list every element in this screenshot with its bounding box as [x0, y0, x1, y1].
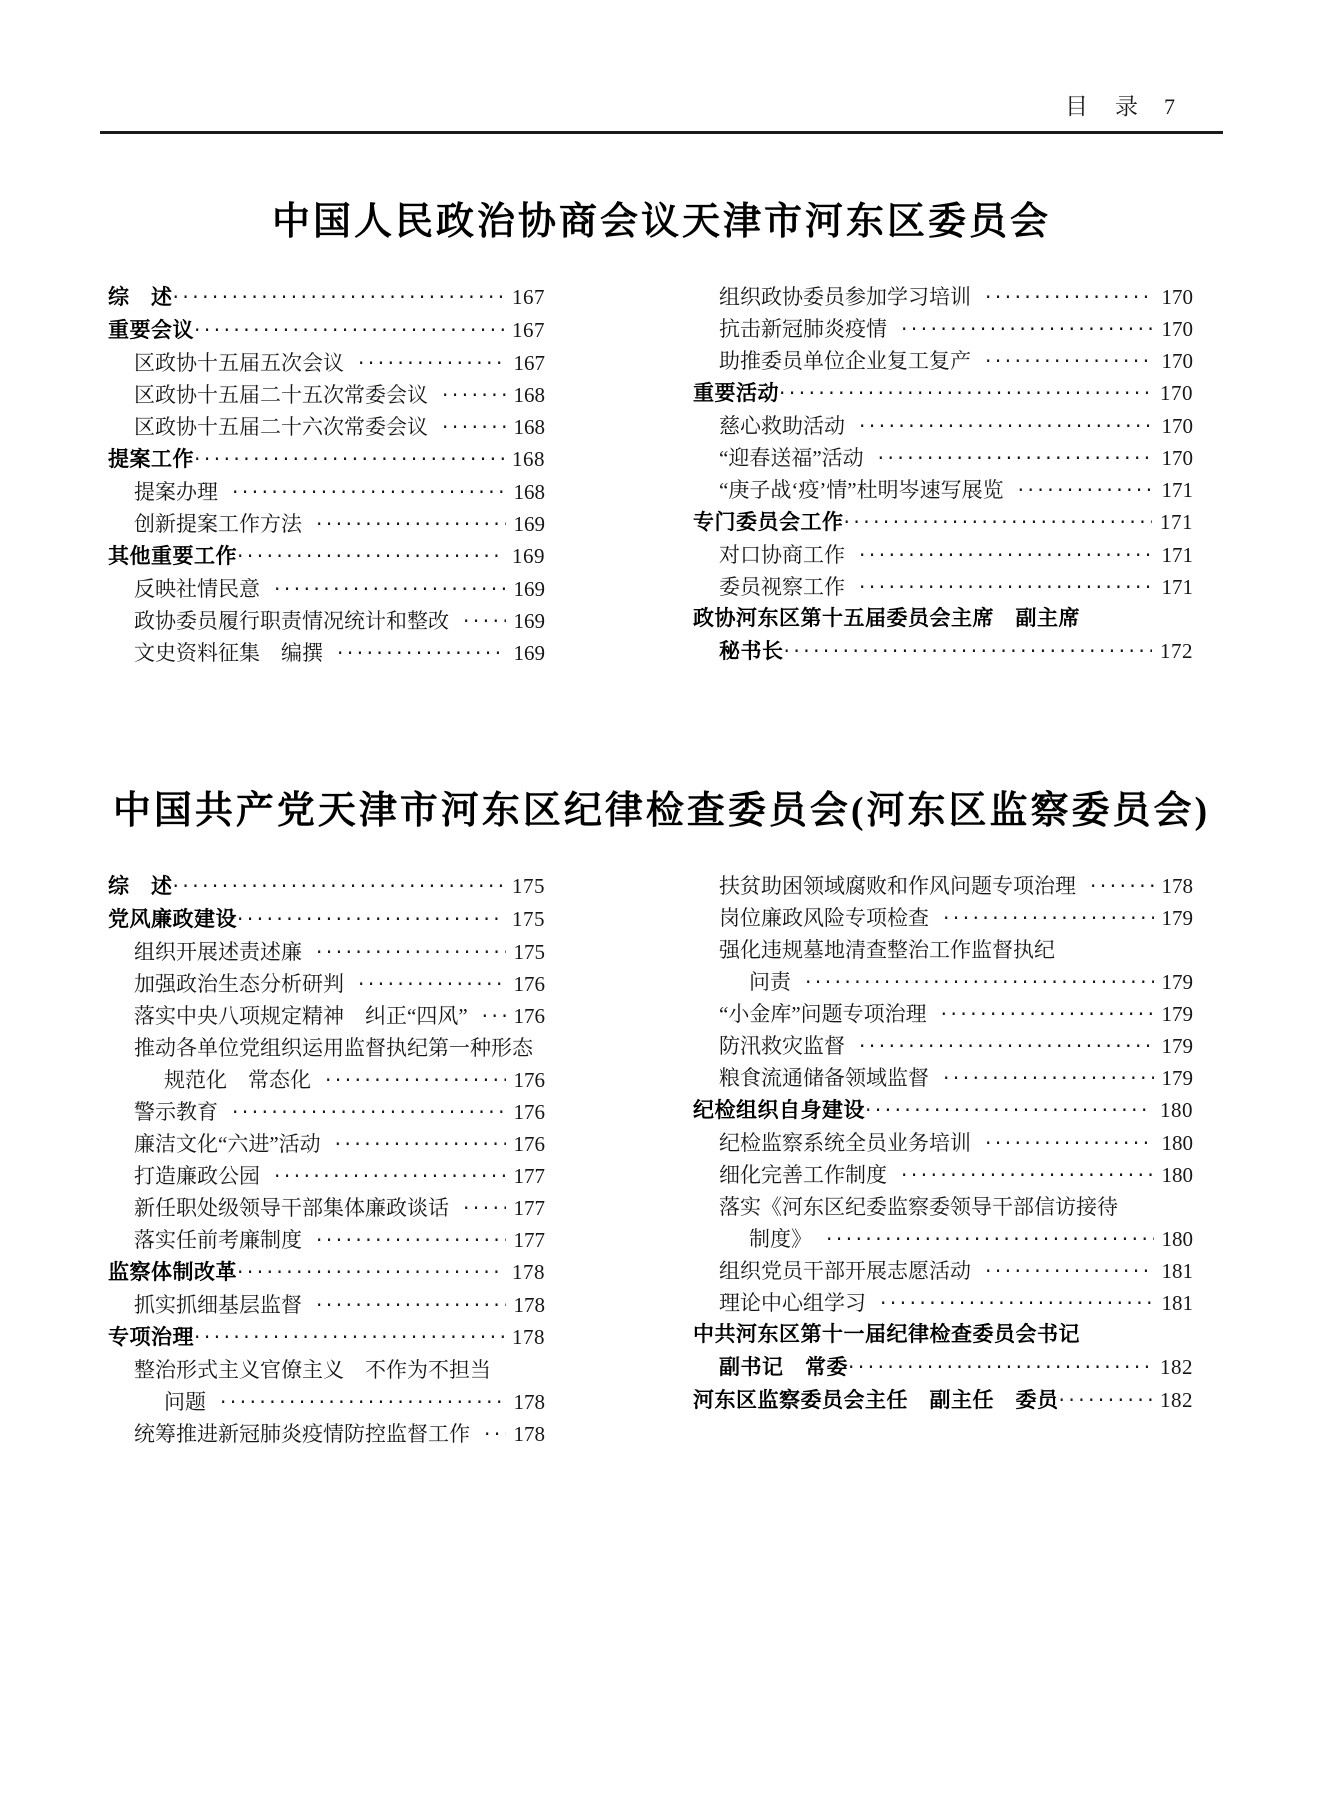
- toc-entry-title: 理论中心组学习: [719, 1287, 866, 1319]
- dot-leader: [859, 539, 1154, 571]
- toc-entry-page: 180: [1162, 1159, 1194, 1191]
- toc-entry-title: 抓实抓细基层监督: [134, 1289, 302, 1321]
- toc-entry: 提案工作168: [108, 443, 545, 476]
- toc-entry-title: 重要会议: [108, 315, 194, 347]
- toc-entry-page: 182: [1160, 1384, 1193, 1416]
- toc-entry-title: 统筹推进新冠肺炎疫情防控监督工作: [134, 1418, 470, 1450]
- dot-leader: [194, 314, 504, 346]
- dot-leader: [943, 902, 1154, 934]
- toc-entry-page: 170: [1162, 345, 1194, 377]
- toc-entry: 综 述175: [108, 870, 545, 903]
- toc-entry-page: 170: [1162, 313, 1194, 345]
- dot-leader: [901, 313, 1154, 345]
- toc-entry: 专门委员会工作171: [693, 506, 1193, 539]
- toc-entry-page: 179: [1162, 902, 1194, 934]
- toc-entry-title: 反映社情民意: [134, 573, 260, 605]
- toc-entry: 助推委员单位企业复工复产170: [693, 345, 1193, 377]
- toc-entry-page: 169: [514, 573, 546, 605]
- toc-entry: 监察体制改革178: [108, 1256, 545, 1289]
- toc-columns: 综 述167重要会议167区政协十五届五次会议167区政协十五届二十五次常委会议…: [100, 281, 1223, 669]
- dot-leader: [784, 635, 1153, 667]
- dot-leader: [844, 506, 1153, 538]
- toc-entry-page: 171: [1160, 506, 1193, 538]
- toc-entry: 警示教育176: [108, 1096, 545, 1128]
- toc-entry: 组织党员干部开展志愿活动181: [693, 1255, 1193, 1287]
- toc-entry-page: 179: [1162, 998, 1194, 1030]
- toc-entry-title: 区政协十五届五次会议: [134, 347, 344, 379]
- toc-entry: 抓实抓细基层监督178: [108, 1289, 545, 1321]
- dot-leader: [985, 1127, 1154, 1159]
- toc-entry: 政协河东区第十五届委员会主席 副主席: [693, 603, 1193, 635]
- toc-entry: 抗击新冠肺炎疫情170: [693, 313, 1193, 345]
- toc-entry-page: 177: [514, 1192, 546, 1224]
- toc-entry-title: 问责: [749, 966, 791, 998]
- toc-entry-page: 178: [512, 1256, 545, 1288]
- dot-leader: [463, 1192, 506, 1224]
- toc-entry-page: 171: [1162, 474, 1194, 506]
- toc-entry: 扶贫助困领域腐败和作风问题专项治理178: [693, 870, 1193, 902]
- dot-leader: [482, 1000, 506, 1032]
- toc-entry-title: 秘书长: [719, 636, 784, 668]
- toc-entry-page: 169: [514, 508, 546, 540]
- toc-entry-page: 169: [514, 605, 546, 637]
- dot-leader: [880, 1287, 1154, 1319]
- toc-entry: 落实任前考廉制度177: [108, 1224, 545, 1256]
- toc-entry: 制度》180: [693, 1223, 1193, 1255]
- header-rule: [100, 131, 1223, 134]
- dot-leader: [985, 281, 1154, 313]
- dot-leader: [194, 443, 504, 475]
- toc-entry-page: 168: [514, 476, 546, 508]
- toc-columns: 综 述175党风廉政建设175组织开展述责述廉175加强政治生态分析研判176落…: [100, 870, 1223, 1450]
- toc-entry: 落实中央八项规定精神 纠正“四风”176: [108, 1000, 545, 1032]
- toc-entry: 其他重要工作169: [108, 540, 545, 573]
- dot-leader: [859, 410, 1154, 442]
- header-page-number: 7: [1164, 94, 1175, 119]
- toc-entry-title: 党风廉政建设: [108, 904, 237, 936]
- toc-entry: 细化完善工作制度180: [693, 1159, 1193, 1191]
- toc-entry-title: “庚子战‘疫’情”杜明岑速写展览: [719, 474, 1004, 506]
- toc-entry-title: 副书记 常委: [719, 1352, 848, 1384]
- toc-entry-page: 168: [512, 443, 545, 475]
- toc-entry-page: 181: [1162, 1255, 1194, 1287]
- dot-leader: [274, 1160, 506, 1192]
- toc-entry-title: 委员视察工作: [719, 571, 845, 603]
- toc-entry-page: 180: [1162, 1223, 1194, 1255]
- toc-entry-page: 176: [514, 1096, 546, 1128]
- toc-entry-title: 区政协十五届二十五次常委会议: [134, 379, 428, 411]
- toc-entry-page: 169: [512, 540, 545, 572]
- toc-entry-title: 河东区监察委员会主任 副主任 委员: [693, 1385, 1059, 1417]
- toc-entry-page: 178: [514, 1386, 546, 1418]
- toc-entry-title: 加强政治生态分析研判: [134, 968, 344, 1000]
- toc-entry: “庚子战‘疫’情”杜明岑速写展览171: [693, 474, 1193, 506]
- toc-entry: 提案办理168: [108, 476, 545, 508]
- toc-entry-page: 175: [514, 936, 546, 968]
- toc-entry: 组织政协委员参加学习培训170: [693, 281, 1193, 313]
- toc-entry-title: 新任职处级领导干部集体廉政谈话: [134, 1192, 449, 1224]
- toc-entry-page: 181: [1162, 1287, 1194, 1319]
- toc-entry: 纪检监察系统全员业务培训180: [693, 1127, 1193, 1159]
- toc-entry-page: 179: [1162, 966, 1194, 998]
- toc-entry-page: 170: [1162, 442, 1194, 474]
- page-header: 目 录7: [100, 0, 1223, 121]
- toc-entry-page: 175: [512, 870, 545, 902]
- toc-entry-title: 其他重要工作: [108, 541, 237, 573]
- toc-entry-title: 问题: [164, 1386, 206, 1418]
- dot-leader: [335, 1128, 506, 1160]
- toc-entry-title: 强化违规墓地清查整治工作监督执纪: [719, 934, 1055, 966]
- section-title: 中国人民政治协商会议天津市河东区委员会: [100, 190, 1223, 245]
- dot-leader: [985, 345, 1154, 377]
- toc-entry-title: 区政协十五届二十六次常委会议: [134, 411, 428, 443]
- toc-entry-title: 整治形式主义官僚主义 不作为不担当: [134, 1354, 491, 1386]
- toc-column-left: 综 述167重要会议167区政协十五届五次会议167区政协十五届二十五次常委会议…: [108, 281, 545, 669]
- dot-leader: [826, 1223, 1154, 1255]
- toc-entry-page: 179: [1162, 1062, 1194, 1094]
- toc-entry-page: 178: [514, 1418, 546, 1450]
- toc-entry: 区政协十五届二十六次常委会议168: [108, 411, 545, 443]
- section-discipline-commission: 中国共产党天津市河东区纪律检查委员会(河东区监察委员会) 综 述175党风廉政建…: [100, 779, 1223, 1450]
- toc-entry-title: 岗位廉政风险专项检查: [719, 902, 929, 934]
- toc-entry: 对口协商工作171: [693, 539, 1193, 571]
- toc-entry-title: 中共河东区第十一届纪律检查委员会书记: [693, 1319, 1080, 1351]
- dot-leader: [220, 1386, 506, 1418]
- toc-entry-title: 制度》: [749, 1223, 812, 1255]
- toc-entry-page: 180: [1160, 1094, 1193, 1126]
- dot-leader: [442, 411, 506, 443]
- toc-entry: 党风廉政建设175: [108, 903, 545, 936]
- document-page: 目 录7 中国人民政治协商会议天津市河东区委员会 综 述167重要会议167区政…: [0, 0, 1323, 1795]
- toc-entry: 综 述167: [108, 281, 545, 314]
- dot-leader: [484, 1418, 506, 1450]
- toc-entry-title: “小金库”问题专项治理: [719, 998, 927, 1030]
- toc-entry-title: 抗击新冠肺炎疫情: [719, 313, 887, 345]
- header-title: 目 录: [1065, 94, 1140, 119]
- toc-entry-title: 规范化 常态化: [164, 1064, 311, 1096]
- toc-entry: 秘书长172: [693, 635, 1193, 668]
- toc-entry-page: 176: [514, 968, 546, 1000]
- toc-entry: 强化违规墓地清查整治工作监督执纪: [693, 934, 1193, 966]
- toc-entry: 专项治理178: [108, 1321, 545, 1354]
- toc-entry-page: 170: [1160, 377, 1193, 409]
- toc-entry: 文史资料征集 编撰169: [108, 637, 545, 669]
- dot-leader: [173, 870, 505, 902]
- toc-entry-title: 创新提案工作方法: [134, 508, 302, 540]
- dot-leader: [1018, 474, 1154, 506]
- dot-leader: [442, 379, 506, 411]
- dot-leader: [232, 1096, 506, 1128]
- toc-entry-page: 171: [1162, 571, 1194, 603]
- toc-entry: 问题178: [108, 1386, 545, 1418]
- page-content: 目 录7 中国人民政治协商会议天津市河东区委员会 综 述167重要会议167区政…: [100, 0, 1223, 1450]
- toc-entry: 岗位廉政风险专项检查179: [693, 902, 1193, 934]
- toc-entry-title: 廉洁文化“六进”活动: [134, 1128, 321, 1160]
- toc-entry: 重要活动170: [693, 377, 1193, 410]
- toc-entry: 规范化 常态化176: [108, 1064, 545, 1096]
- dot-leader: [237, 1256, 504, 1288]
- toc-column-right: 扶贫助困领域腐败和作风问题专项治理178岗位廉政风险专项检查179强化违规墓地清…: [693, 870, 1193, 1450]
- toc-entry-page: 182: [1160, 1351, 1193, 1383]
- toc-entry-page: 171: [1162, 539, 1194, 571]
- toc-entry-title: 防汛救灾监督: [719, 1030, 845, 1062]
- toc-entry-title: 落实中央八项规定精神 纠正“四风”: [134, 1000, 468, 1032]
- dot-leader: [985, 1255, 1154, 1287]
- toc-entry-page: 170: [1162, 410, 1194, 442]
- toc-entry: “小金库”问题专项治理179: [693, 998, 1193, 1030]
- toc-entry-title: 纪检组织自身建设: [693, 1095, 865, 1127]
- dot-leader: [316, 936, 506, 968]
- toc-entry-title: 专门委员会工作: [693, 507, 844, 539]
- dot-leader: [865, 1094, 1152, 1126]
- dot-leader: [779, 377, 1152, 409]
- toc-entry-title: “迎春送福”活动: [719, 442, 864, 474]
- toc-column-left: 综 述175党风廉政建设175组织开展述责述廉175加强政治生态分析研判176落…: [108, 870, 545, 1450]
- toc-entry: 政协委员履行职责情况统计和整改169: [108, 605, 545, 637]
- toc-entry-page: 178: [1162, 870, 1194, 902]
- dot-leader: [1059, 1384, 1153, 1416]
- toc-entry: 打造廉政公园177: [108, 1160, 545, 1192]
- dot-leader: [237, 903, 504, 935]
- toc-entry-title: 慈心救助活动: [719, 410, 845, 442]
- toc-entry-page: 178: [514, 1289, 546, 1321]
- toc-entry-title: 打造廉政公园: [134, 1160, 260, 1192]
- toc-entry: 副书记 常委182: [693, 1351, 1193, 1384]
- dot-leader: [337, 637, 506, 669]
- toc-entry-page: 167: [514, 347, 546, 379]
- toc-entry: 问责179: [693, 966, 1193, 998]
- dot-leader: [237, 540, 504, 572]
- toc-entry: 中共河东区第十一届纪律检查委员会书记: [693, 1319, 1193, 1351]
- toc-entry: 慈心救助活动170: [693, 410, 1193, 442]
- toc-entry-title: 细化完善工作制度: [719, 1159, 887, 1191]
- dot-leader: [232, 476, 506, 508]
- toc-entry-title: 助推委员单位企业复工复产: [719, 345, 971, 377]
- toc-entry: 区政协十五届五次会议167: [108, 347, 545, 379]
- toc-entry: 廉洁文化“六进”活动176: [108, 1128, 545, 1160]
- toc-entry-page: 177: [514, 1160, 546, 1192]
- dot-leader: [943, 1062, 1154, 1094]
- dot-leader: [901, 1159, 1154, 1191]
- toc-entry: 粮食流通储备领域监督179: [693, 1062, 1193, 1094]
- dot-leader: [194, 1321, 504, 1353]
- toc-entry: 防汛救灾监督179: [693, 1030, 1193, 1062]
- toc-entry-title: 综 述: [108, 871, 173, 903]
- toc-entry: 理论中心组学习181: [693, 1287, 1193, 1319]
- dot-leader: [859, 1030, 1154, 1062]
- toc-entry-title: 专项治理: [108, 1322, 194, 1354]
- toc-entry: 推动各单位党组织运用监督执纪第一种形态: [108, 1032, 545, 1064]
- toc-entry: “迎春送福”活动170: [693, 442, 1193, 474]
- toc-entry-title: 提案工作: [108, 444, 194, 476]
- dot-leader: [358, 347, 506, 379]
- toc-entry-title: 文史资料征集 编撰: [134, 637, 323, 669]
- toc-entry-title: 扶贫助困领域腐败和作风问题专项治理: [719, 870, 1076, 902]
- dot-leader: [463, 605, 506, 637]
- toc-entry-title: 综 述: [108, 282, 173, 314]
- toc-entry: 河东区监察委员会主任 副主任 委员182: [693, 1384, 1193, 1417]
- toc-entry-page: 170: [1162, 281, 1194, 313]
- toc-entry-page: 168: [514, 411, 546, 443]
- toc-entry-title: 粮食流通储备领域监督: [719, 1062, 929, 1094]
- toc-entry-title: 政协河东区第十五届委员会主席 副主席: [693, 603, 1080, 635]
- toc-entry: 统筹推进新冠肺炎疫情防控监督工作178: [108, 1418, 545, 1450]
- toc-entry-page: 177: [514, 1224, 546, 1256]
- toc-entry-page: 179: [1162, 1030, 1194, 1062]
- dot-leader: [848, 1351, 1152, 1383]
- dot-leader: [325, 1064, 506, 1096]
- toc-entry: 重要会议167: [108, 314, 545, 347]
- toc-entry-page: 175: [512, 903, 545, 935]
- toc-entry-page: 176: [514, 1064, 546, 1096]
- toc-entry-title: 纪检监察系统全员业务培训: [719, 1127, 971, 1159]
- toc-column-right: 组织政协委员参加学习培训170抗击新冠肺炎疫情170助推委员单位企业复工复产17…: [693, 281, 1193, 669]
- toc-entry-page: 176: [514, 1128, 546, 1160]
- dot-leader: [316, 1224, 506, 1256]
- toc-entry-page: 176: [514, 1000, 546, 1032]
- toc-entry: 创新提案工作方法169: [108, 508, 545, 540]
- toc-entry: 组织开展述责述廉175: [108, 936, 545, 968]
- toc-entry-title: 提案办理: [134, 476, 218, 508]
- toc-entry-title: 组织开展述责述廉: [134, 936, 302, 968]
- toc-entry-title: 监察体制改革: [108, 1257, 237, 1289]
- dot-leader: [941, 998, 1154, 1030]
- toc-entry-title: 警示教育: [134, 1096, 218, 1128]
- toc-entry-page: 168: [514, 379, 546, 411]
- toc-entry-page: 169: [514, 637, 546, 669]
- toc-entry: 加强政治生态分析研判176: [108, 968, 545, 1000]
- toc-entry-page: 180: [1162, 1127, 1194, 1159]
- dot-leader: [859, 571, 1154, 603]
- toc-entry: 纪检组织自身建设180: [693, 1094, 1193, 1127]
- dot-leader: [316, 1289, 506, 1321]
- toc-entry: 落实《河东区纪委监察委领导干部信访接待: [693, 1191, 1193, 1223]
- toc-entry: 委员视察工作171: [693, 571, 1193, 603]
- toc-entry: 反映社情民意169: [108, 573, 545, 605]
- toc-entry-title: 对口协商工作: [719, 539, 845, 571]
- toc-entry: 区政协十五届二十五次常委会议168: [108, 379, 545, 411]
- dot-leader: [274, 573, 506, 605]
- toc-entry: 新任职处级领导干部集体廉政谈话177: [108, 1192, 545, 1224]
- dot-leader: [173, 281, 505, 313]
- toc-entry-page: 172: [1160, 635, 1193, 667]
- dot-leader: [358, 968, 506, 1000]
- toc-entry-title: 重要活动: [693, 378, 779, 410]
- toc-entry-page: 178: [512, 1321, 545, 1353]
- section-title: 中国共产党天津市河东区纪律检查委员会(河东区监察委员会): [100, 779, 1223, 834]
- dot-leader: [878, 442, 1154, 474]
- toc-entry-page: 167: [512, 281, 545, 313]
- toc-entry-title: 落实任前考廉制度: [134, 1224, 302, 1256]
- toc-entry-title: 组织政协委员参加学习培训: [719, 281, 971, 313]
- toc-entry-title: 落实《河东区纪委监察委领导干部信访接待: [719, 1191, 1118, 1223]
- toc-entry-page: 167: [512, 314, 545, 346]
- dot-leader: [316, 508, 506, 540]
- toc-entry-title: 政协委员履行职责情况统计和整改: [134, 605, 449, 637]
- toc-entry: 整治形式主义官僚主义 不作为不担当: [108, 1354, 545, 1386]
- toc-entry-title: 推动各单位党组织运用监督执纪第一种形态: [134, 1032, 533, 1064]
- dot-leader: [805, 966, 1154, 998]
- toc-entry-title: 组织党员干部开展志愿活动: [719, 1255, 971, 1287]
- section-cppcc: 中国人民政治协商会议天津市河东区委员会 综 述167重要会议167区政协十五届五…: [100, 190, 1223, 669]
- dot-leader: [1090, 870, 1154, 902]
